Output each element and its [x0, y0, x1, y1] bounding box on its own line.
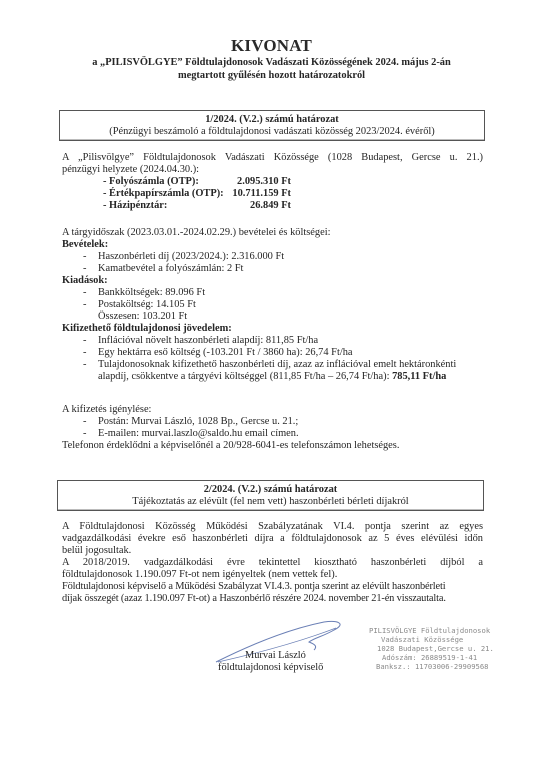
income-heading: Bevételek: [62, 239, 108, 251]
claim-item-email: E-mailen: murvai.laszlo@saldo.hu email c… [98, 428, 299, 440]
resolution2-para3-line1: Földtulajdonosi képviselő a Működési Sza… [62, 581, 445, 593]
income-item: Haszonbérleti díj (2023/2024.): 2.316.00… [98, 251, 284, 263]
resolution2-para1-line1: A Földtulajdonosi Közösség Működési Szab… [62, 521, 483, 533]
account-value: 10.711.159 Ft [232, 188, 291, 200]
account-label: - Értékpapírszámla (OTP): [103, 188, 224, 200]
bullet-dash: - [83, 347, 86, 359]
resolution2-header-box: 2/2024. (V.2.) számú határozat Tájékozta… [57, 480, 484, 511]
bullet-dash: - [83, 287, 86, 299]
resolution2-para3-line2: díjak összegét (azaz 1.190.097 Ft-ot) a … [62, 593, 446, 605]
resolution1-header-box: 1/2024. (V.2.) számú határozat (Pénzügyi… [59, 110, 485, 141]
document-title: KIVONAT [0, 37, 543, 55]
expense-item: Postaköltség: 14.105 Ft [98, 299, 196, 311]
payable-heading: Kifizethető földtulajdonosi jövedelem: [62, 323, 232, 335]
bullet-dash: - [83, 335, 86, 347]
signatory-role: földtulajdonosi képviselő [218, 662, 323, 674]
claim-item-post: Postán: Murvai László, 1028 Bp., Gercse … [98, 416, 298, 428]
payable-item: Egy hektárra eső költség (-103.201 Ft / … [98, 347, 353, 359]
resolution2-para1-line3: belül jogosultak. [62, 545, 131, 557]
resolution1-intro-line1: A „Pilisvölgye” Földtulajdonosok Vadásza… [62, 152, 483, 164]
resolution2-para2-line1: A 2018/2019. vadgazdálkodási évre tekint… [62, 557, 483, 569]
document-subtitle-line2: megtartott gyűlésén hozott határozatokró… [0, 70, 543, 82]
resolution1-subheading: (Pénzügyi beszámoló a földtulajdonosi va… [60, 126, 484, 138]
bullet-dash: - [83, 428, 86, 440]
period-line: A tárgyidőszak (2023.03.01.-2024.02.29.)… [62, 227, 330, 239]
bullet-dash: - [83, 416, 86, 428]
expenses-heading: Kiadások: [62, 275, 108, 287]
expenses-total: Összesen: 103.201 Ft [98, 311, 187, 323]
resolution2-subheading: Tájékoztatás az elévült (fel nem vett) h… [58, 496, 483, 508]
resolution1-intro-line2: pénzügyi helyzete (2024.04.30.): [62, 164, 199, 176]
bullet-dash: - [83, 359, 86, 371]
signatory-name: Murvai László [245, 650, 306, 662]
claim-phone-line: Telefonon érdeklődni a képviselőnél a 20… [62, 440, 399, 452]
account-value: 26.849 Ft [250, 200, 291, 212]
payable-item: Inflációval növelt haszonbérleti alapdíj… [98, 335, 318, 347]
payable-result: 785,11 Ft/ha [392, 371, 446, 382]
payable-item3-text: alapdíj, csökkentve a tárgyévi költségge… [98, 371, 392, 382]
expense-item: Bankköltségek: 89.096 Ft [98, 287, 205, 299]
resolution2-heading: 2/2024. (V.2.) számú határozat [58, 484, 483, 496]
bullet-dash: - [83, 263, 86, 275]
account-value: 2.095.310 Ft [237, 176, 291, 188]
account-label: - Folyószámla (OTP): [103, 176, 199, 188]
bullet-dash: - [83, 251, 86, 263]
payable-item3-line1: Tulajdonosoknak kifizethető haszonbérlet… [98, 359, 456, 371]
resolution1-heading: 1/2024. (V.2.) számú határozat [60, 114, 484, 126]
resolution2-para2-line2: földtulajdonosok 1.190.097 Ft-ot nem igé… [62, 569, 337, 581]
resolution2-para1-line2: vadgazdálkodási évekre eső haszonbérleti… [62, 533, 483, 545]
document-subtitle-line1: a „PILISVÖLGYE” Földtulajdonosok Vadásza… [0, 57, 543, 69]
claim-heading: A kifizetés igénylése: [62, 404, 151, 416]
income-item: Kamatbevétel a folyószámlán: 2 Ft [98, 263, 243, 275]
account-label: - Házipénztár: [103, 200, 167, 212]
payable-item3-line2: alapdíj, csökkentve a tárgyévi költségge… [98, 371, 446, 383]
stamp-line: Banksz.: 11703006-29909568 [376, 663, 489, 672]
bullet-dash: - [83, 299, 86, 311]
